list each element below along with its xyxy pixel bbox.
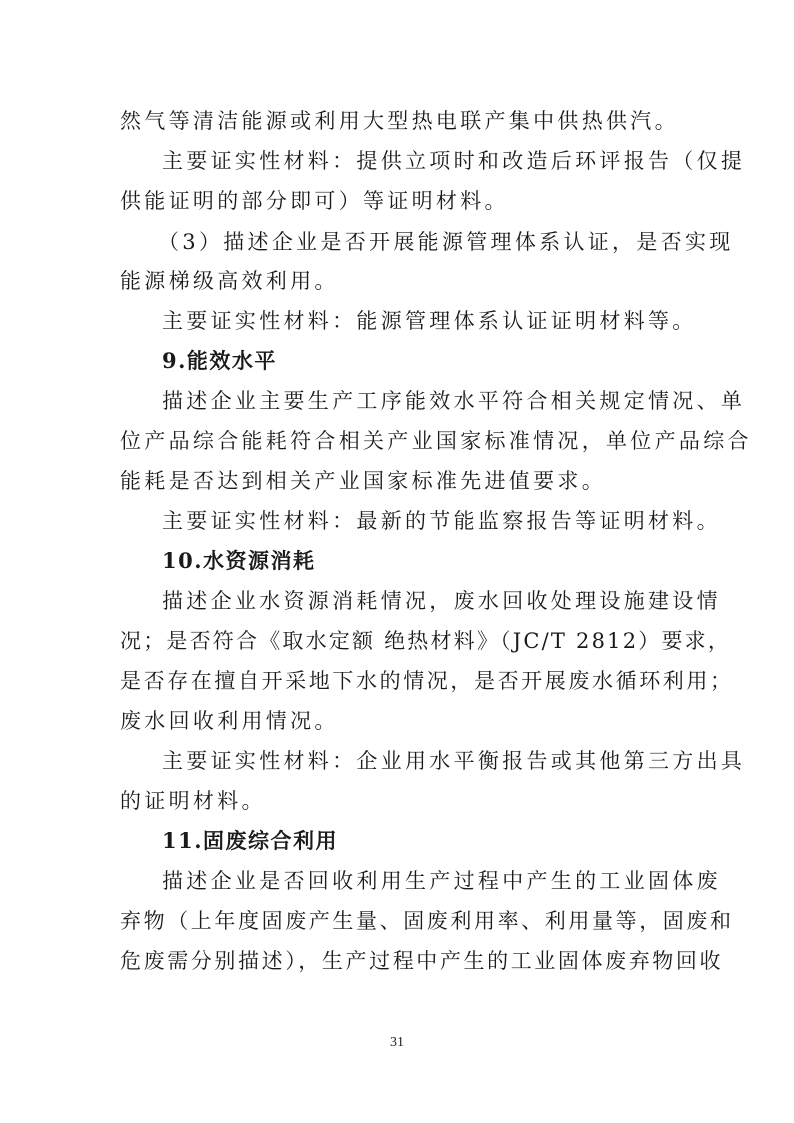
body-line: 的证明材料。 [120, 781, 680, 821]
body-line: 主要证实性材料：企业用水平衡报告或其他第三方出具 [162, 741, 680, 781]
body-line: 是否存在擅自开采地下水的情况，是否开展废水循环利用； [120, 661, 680, 701]
body-line: 描述企业水资源消耗情况，废水回收处理设施建设情 [162, 581, 680, 621]
body-line: 描述企业主要生产工序能效水平符合相关规定情况、单 [162, 381, 680, 421]
body-line: 主要证实性材料：最新的节能监察报告等证明材料。 [162, 501, 680, 541]
body-line: 废水回收利用情况。 [120, 701, 680, 741]
body-line: 主要证实性材料：提供立项时和改造后环评报告（仅提 [162, 141, 680, 181]
section-heading-solid-waste: 11.固废综合利用 [162, 821, 680, 861]
section-heading-energy-efficiency: 9.能效水平 [162, 341, 680, 381]
body-line: 能耗是否达到相关产业国家标准先进值要求。 [120, 461, 680, 501]
body-line: 描述企业是否回收利用生产过程中产生的工业固体废 [162, 861, 680, 901]
body-line: 然气等清洁能源或利用大型热电联产集中供热供汽。 [120, 101, 680, 141]
body-line: 危废需分别描述），生产过程中产生的工业固体废弃物回收 [120, 941, 680, 981]
body-line: 供能证明的部分即可）等证明材料。 [120, 181, 680, 221]
body-line: 主要证实性材料：能源管理体系认证证明材料等。 [162, 301, 680, 341]
body-line: 位产品综合能耗符合相关产业国家标准情况，单位产品综合 [120, 421, 680, 461]
body-line: 弃物（上年度固废产生量、固废利用率、利用量等，固废和 [120, 901, 680, 941]
page-number: 31 [0, 1035, 794, 1051]
document-page: 然气等清洁能源或利用大型热电联产集中供热供汽。 主要证实性材料：提供立项时和改造… [0, 0, 794, 1123]
body-line: 况；是否符合《取水定额 绝热材料》（JC/T 2812）要求， [120, 621, 680, 661]
body-line: 能源梯级高效利用。 [120, 261, 680, 301]
section-heading-water-consumption: 10.水资源消耗 [162, 541, 680, 581]
body-line: （3）描述企业是否开展能源管理体系认证，是否实现 [158, 222, 676, 262]
